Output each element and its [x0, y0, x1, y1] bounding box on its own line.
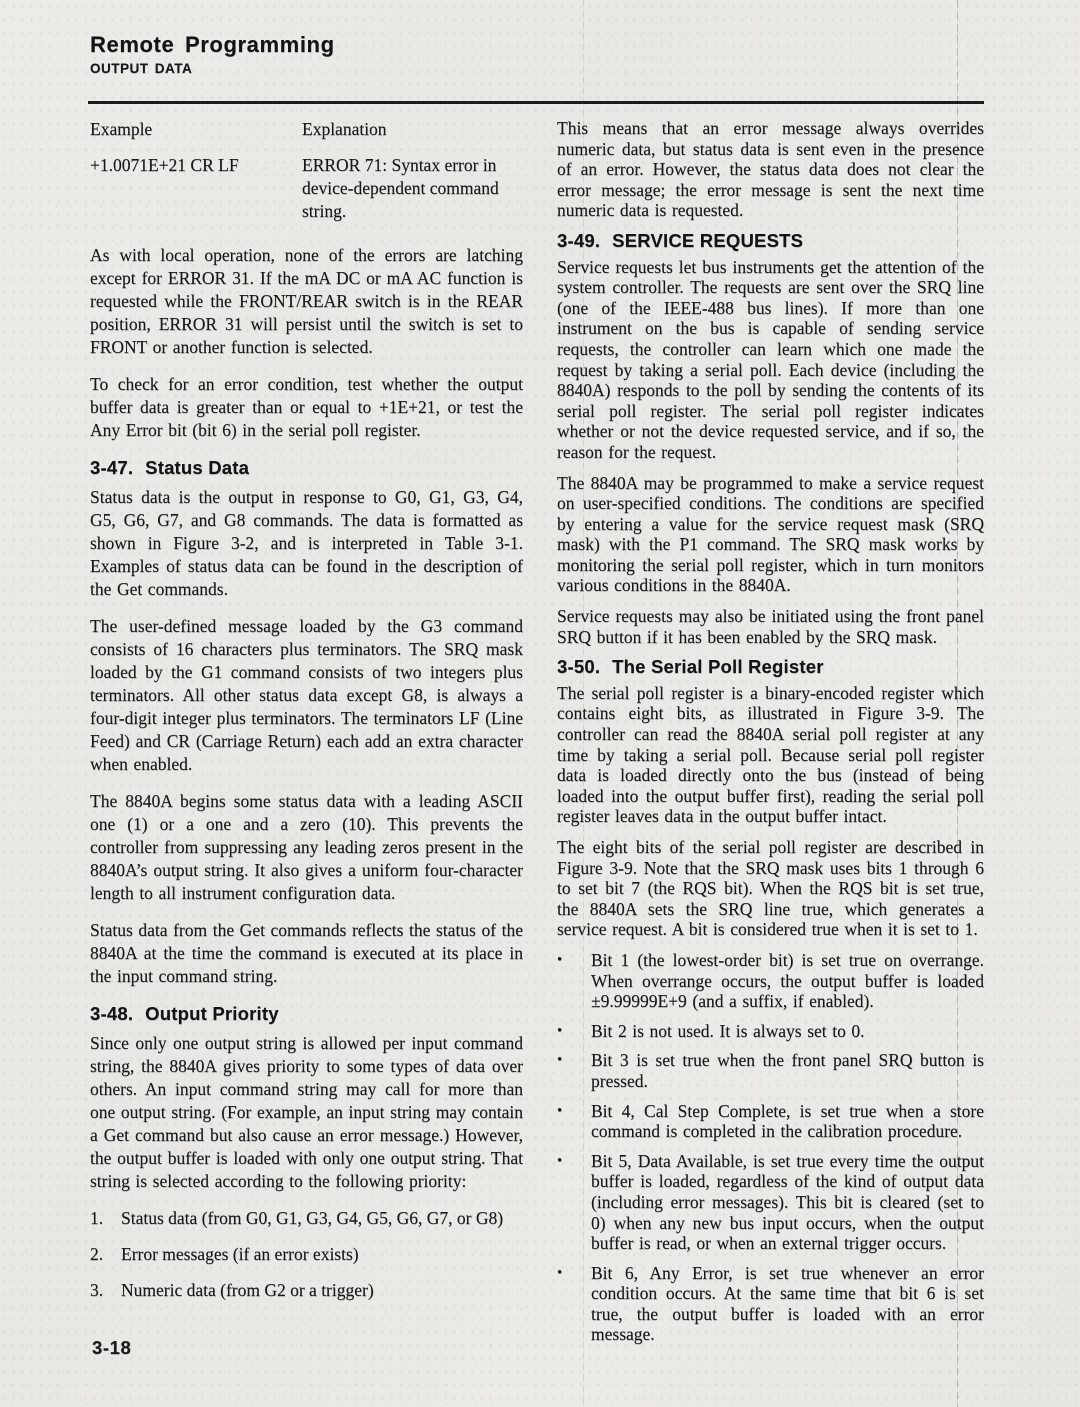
bullet-icon: •: [557, 1151, 591, 1254]
section-title: SERVICE REQUESTS: [612, 230, 803, 251]
bullet-icon: •: [557, 1263, 591, 1345]
bullet-icon: •: [557, 1101, 591, 1142]
example-explanation-table: Example Explanation +1.0071E+21 CR LF ER…: [90, 118, 523, 223]
section-title: Output Priority: [145, 1003, 279, 1024]
paragraph: The user-defined message loaded by the G…: [90, 615, 523, 776]
list-item-text: Bit 5, Data Available, is set true every…: [591, 1151, 984, 1254]
table-cell-explanation: ERROR 71: Syntax error in device-depende…: [302, 154, 523, 223]
section-title: The Serial Poll Register: [612, 656, 823, 677]
section-title: Status Data: [145, 457, 249, 478]
bullet-list-item: • Bit 6, Any Error, is set true whenever…: [557, 1263, 984, 1345]
paragraph: To check for an error condition, test wh…: [90, 373, 523, 442]
list-item-text: Bit 3 is set true when the front panel S…: [591, 1050, 984, 1091]
section-number: 3-48.: [90, 1003, 133, 1024]
list-item-text: Error messages (if an error exists): [121, 1243, 523, 1266]
paragraph: Service requests let bus instruments get…: [557, 257, 984, 463]
paragraph: Status data is the output in response to…: [90, 486, 523, 601]
section-heading-3-49: 3-49.SERVICE REQUESTS: [557, 231, 984, 252]
table-header-explanation: Explanation: [302, 118, 523, 141]
list-item-text: Numeric data (from G2 or a trigger): [121, 1279, 523, 1302]
section-number: 3-47.: [90, 457, 133, 478]
bullet-list-item: • Bit 2 is not used. It is always set to…: [557, 1021, 984, 1042]
page-title: Remote Programming: [90, 32, 335, 58]
serial-poll-bits-list: • Bit 1 (the lowest-order bit) is set tr…: [557, 950, 984, 1345]
list-item-text: Bit 6, Any Error, is set true whenever a…: [591, 1263, 984, 1345]
page-subtitle: OUTPUT DATA: [90, 61, 335, 76]
list-item-text: Bit 1 (the lowest-order bit) is set true…: [591, 950, 984, 1012]
section-heading-3-48: 3-48.Output Priority: [90, 1002, 523, 1025]
paragraph: The eight bits of the serial poll regist…: [557, 837, 984, 940]
paragraph: The 8840A may be programmed to make a se…: [557, 473, 984, 597]
paragraph: Since only one output string is allowed …: [90, 1032, 523, 1193]
paragraph: As with local operation, none of the err…: [90, 244, 523, 359]
list-item-text: Status data (from G0, G1, G3, G4, G5, G6…: [121, 1207, 523, 1230]
paragraph: The 8840A begins some status data with a…: [90, 790, 523, 905]
table-header-row: Example Explanation: [90, 118, 523, 141]
section-number: 3-49.: [557, 230, 600, 251]
bullet-icon: •: [557, 1050, 591, 1091]
paragraph: Service requests may also be initiated u…: [557, 606, 984, 647]
section-number: 3-50.: [557, 656, 600, 677]
table-cell-example: +1.0071E+21 CR LF: [90, 154, 302, 223]
bullet-list-item: • Bit 4, Cal Step Complete, is set true …: [557, 1101, 984, 1142]
right-column: This means that an error message always …: [557, 118, 984, 1354]
ordered-list-item: 3. Numeric data (from G2 or a trigger): [90, 1279, 523, 1302]
section-heading-3-50: 3-50.The Serial Poll Register: [557, 657, 984, 678]
bullet-icon: •: [557, 950, 591, 1012]
list-item-number: 2.: [90, 1243, 121, 1266]
bullet-list-item: • Bit 1 (the lowest-order bit) is set tr…: [557, 950, 984, 1012]
list-item-number: 1.: [90, 1207, 121, 1230]
scanned-manual-page: Remote Programming OUTPUT DATA Example E…: [0, 0, 1080, 1407]
left-column: Example Explanation +1.0071E+21 CR LF ER…: [90, 118, 523, 1315]
table-row: +1.0071E+21 CR LF ERROR 71: Syntax error…: [90, 154, 523, 223]
paragraph: Status data from the Get commands reflec…: [90, 919, 523, 988]
page-header: Remote Programming OUTPUT DATA: [90, 32, 335, 76]
paragraph: This means that an error message always …: [557, 118, 984, 221]
list-item-text: Bit 2 is not used. It is always set to 0…: [591, 1021, 984, 1042]
priority-ordered-list: 1. Status data (from G0, G1, G3, G4, G5,…: [90, 1207, 523, 1302]
bullet-list-item: • Bit 3 is set true when the front panel…: [557, 1050, 984, 1091]
list-item-number: 3.: [90, 1279, 121, 1302]
bullet-list-item: • Bit 5, Data Available, is set true eve…: [557, 1151, 984, 1254]
ordered-list-item: 1. Status data (from G0, G1, G3, G4, G5,…: [90, 1207, 523, 1230]
page-number: 3-18: [92, 1337, 131, 1359]
ordered-list-item: 2. Error messages (if an error exists): [90, 1243, 523, 1266]
bullet-icon: •: [557, 1021, 591, 1042]
header-divider-rule: [88, 101, 984, 104]
table-header-example: Example: [90, 118, 302, 141]
section-heading-3-47: 3-47.Status Data: [90, 456, 523, 479]
paragraph: The serial poll register is a binary-enc…: [557, 683, 984, 827]
list-item-text: Bit 4, Cal Step Complete, is set true wh…: [591, 1101, 984, 1142]
